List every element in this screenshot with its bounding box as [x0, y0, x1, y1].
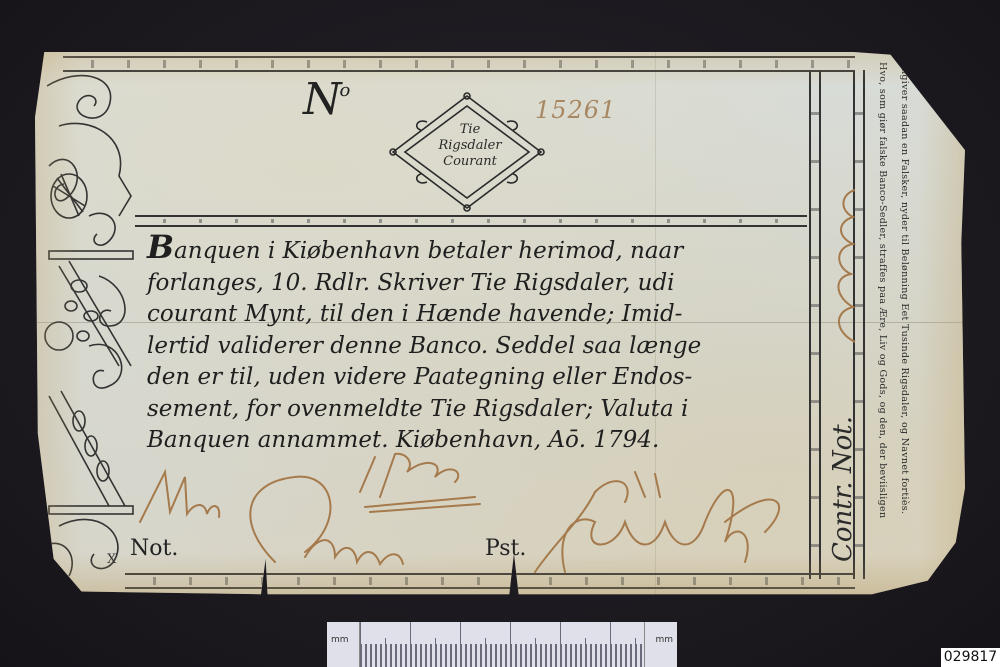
header-divider	[135, 215, 807, 227]
plate-mark: X	[107, 552, 116, 567]
note-body-text: Banquen i Kiøbenhavn betaler herimod, na…	[147, 232, 807, 457]
cartouche-value-text: Tie Rigsdaler Courant	[415, 122, 525, 170]
scale-ruler: mm mm	[327, 622, 677, 667]
body-line: lertid validerer denne Banco. Seddel saa…	[147, 331, 807, 363]
body-line: Banquen annammet. Kiøbenhavn, Aō. 1794.	[147, 425, 807, 457]
control-signature-icon	[825, 182, 865, 352]
catalog-id-label: 029817	[941, 648, 1000, 667]
body-line: den er til, uden videre Paategning eller…	[147, 362, 807, 394]
left-ornament-icon	[39, 66, 135, 581]
top-border	[63, 56, 855, 72]
body-line: sement, for ovenmeldte Tie Rigsdaler; Va…	[147, 394, 807, 426]
body-line: forlanges, 10. Rdlr. Skriver Tie Rigsdal…	[147, 268, 807, 300]
body-line: Banquen i Kiøbenhavn betaler herimod, na…	[147, 232, 807, 268]
serial-number: 15261	[535, 96, 616, 124]
number-mark: No	[303, 74, 348, 125]
ruler-unit-right: mm	[655, 635, 673, 645]
body-line: courant Mynt, til den i Hænde havende; I…	[147, 299, 807, 331]
ruler-unit-left: mm	[331, 635, 349, 645]
ruler-scale-ticks	[359, 622, 645, 667]
banknote: No Tie Rigsdaler Courant 15261 Banquen i…	[35, 52, 965, 597]
counterfeit-warning: Hvo, som giør falske Banco-Sedler, straf…	[871, 62, 921, 582]
pst-label: Pst.	[485, 536, 526, 561]
not-label: Not.	[130, 536, 178, 561]
bottom-border	[125, 573, 855, 589]
right-column-rule-inner	[809, 70, 821, 579]
